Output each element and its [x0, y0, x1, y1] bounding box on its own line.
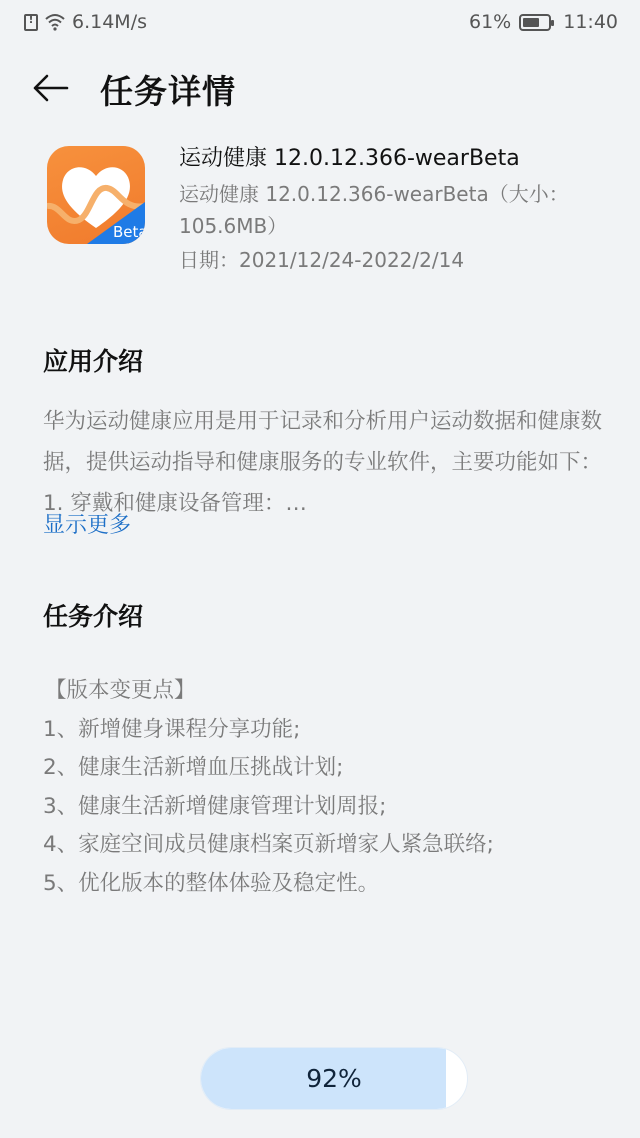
list-item: 1、新增健身课程分享功能; [43, 711, 603, 750]
wifi-icon [44, 13, 66, 31]
app-name: 运动健康 12.0.12.366-wearBeta [179, 144, 599, 174]
app-intro-title: 应用介绍 [43, 342, 143, 378]
back-button[interactable] [28, 66, 72, 110]
page-title: 任务详情 [100, 66, 236, 113]
health-heart-beta-icon: Beta [47, 146, 145, 244]
list-item: 5、优化版本的整体体验及稳定性。 [43, 865, 603, 904]
task-intro-title: 任务介绍 [43, 597, 143, 633]
progress-label: 92% [201, 1048, 467, 1109]
battery-level [523, 18, 539, 27]
arrow-left-icon [31, 73, 69, 103]
task-change-list: 【版本变更点】 1、新增健身课程分享功能; 2、健康生活新增血压挑战计划; 3、… [43, 672, 603, 904]
svg-text:Beta: Beta [113, 223, 145, 241]
status-bar: 6.14M/s 61% 11:40 [0, 0, 640, 44]
sim-alert-icon [24, 14, 38, 31]
task-change-heading: 【版本变更点】 [43, 672, 603, 711]
page-header: 任务详情 [0, 58, 640, 118]
status-bar-left: 6.14M/s [24, 11, 147, 33]
network-speed: 6.14M/s [72, 11, 147, 33]
clock: 11:40 [563, 11, 618, 33]
app-meta: 运动健康 12.0.12.366-wearBeta 运动健康 12.0.12.3… [179, 146, 599, 276]
battery-icon [519, 14, 551, 31]
list-item: 3、健康生活新增健康管理计划周报; [43, 788, 603, 827]
battery-percent: 61% [469, 11, 511, 33]
list-item: 2、健康生活新增血压挑战计划; [43, 749, 603, 788]
app-description: 运动健康 12.0.12.366-wearBeta（大小：105.6MB） [179, 178, 599, 242]
show-more-link[interactable]: 显示更多 [43, 505, 131, 546]
list-item: 4、家庭空间成员健康档案页新增家人紧急联络; [43, 826, 603, 865]
download-progress-button[interactable]: 92% [200, 1047, 468, 1110]
status-bar-right: 61% 11:40 [469, 11, 618, 33]
app-date: 日期：2021/12/24-2022/2/14 [179, 244, 599, 276]
